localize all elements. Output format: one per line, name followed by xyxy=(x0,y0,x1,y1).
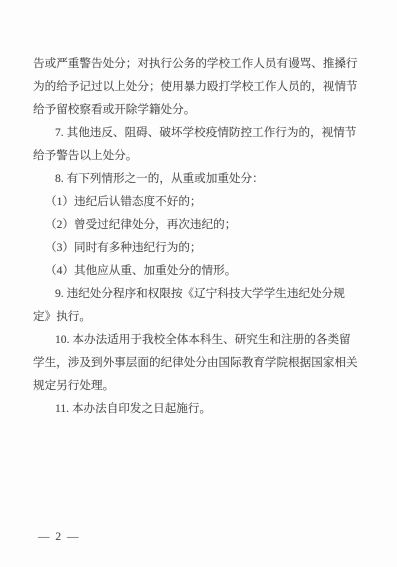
body-text: 告或严重警告处分；对执行公务的学校工作人员有谩骂、推搡行为的给予记过以上处分；使… xyxy=(33,52,369,420)
page-number: — 2 — xyxy=(38,531,80,543)
text-line: （2）曾受过纪律处分，再次违纪的； xyxy=(33,213,369,236)
text-line: 定》执行。 xyxy=(33,305,369,328)
text-line: （3）同时有多种违纪行为的； xyxy=(33,236,369,259)
text-line: （4）其他应从重、加重处分的情形。 xyxy=(33,259,369,282)
text-line: 7. 其他违反、阻碍、破坏学校疫情防控工作行为的，视情节 xyxy=(33,121,369,144)
text-line: 9. 违纪处分程序和权限按《辽宁科技大学学生违纪处分规 xyxy=(33,282,369,305)
text-line: 10. 本办法适用于我校全体本科生、研究生和注册的各类留 xyxy=(33,328,369,351)
text-line: 11. 本办法自印发之日起施行。 xyxy=(33,397,369,420)
text-line: （1）违纪后认错态度不好的； xyxy=(33,190,369,213)
text-line: 告或严重警告处分；对执行公务的学校工作人员有谩骂、推搡行 xyxy=(33,52,369,75)
text-line: 为的给予记过以上处分；使用暴力殴打学校工作人员的，视情节 xyxy=(33,75,369,98)
text-line: 给予警告以上处分。 xyxy=(33,144,369,167)
text-line: 8. 有下列情形之一的，从重或加重处分： xyxy=(33,167,369,190)
text-line: 规定另行处理。 xyxy=(33,374,369,397)
text-line: 学生，涉及到外事层面的纪律处分由国际教育学院根据国家相关 xyxy=(33,351,369,374)
document-page: 告或严重警告处分；对执行公务的学校工作人员有谩骂、推搡行为的给予记过以上处分；使… xyxy=(0,0,397,567)
text-line: 给予留校察看或开除学籍处分。 xyxy=(33,98,369,121)
